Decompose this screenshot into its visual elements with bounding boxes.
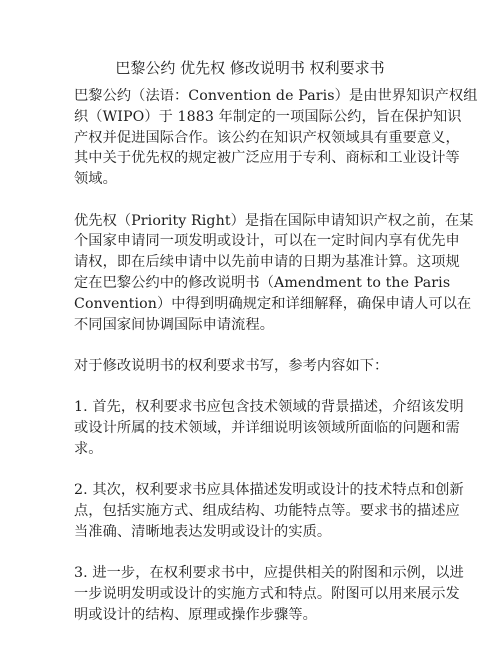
- paragraph-item-3: 3. 进一步，在权利要求书中，应提供相关的附图和示例，以进 一步说明发明或设计的…: [74, 563, 430, 625]
- paragraph-paris-convention: 巴黎公约（法语：Convention de Paris）是由世界知识产权组 织（…: [74, 86, 430, 190]
- text-line: 请权，即在后续申请中以先前申请的日期为基准计算。这项规: [74, 252, 430, 273]
- text-line: 求。: [74, 439, 430, 460]
- text-line: 定在巴黎公约中的修改说明书（Amendment to the Paris: [74, 273, 430, 294]
- text-line: 一步说明发明或设计的实施方式和特点。附图可以用来展示发: [74, 584, 430, 605]
- text-line: 3. 进一步，在权利要求书中，应提供相关的附图和示例，以进: [74, 563, 430, 584]
- text-line: 或设计所属的技术领域，并详细说明该领域所面临的问题和需: [74, 418, 430, 439]
- text-line: 明或设计的结构、原理或操作步骤等。: [74, 605, 430, 626]
- text-line: Convention）中得到明确规定和详细解释，确保申请人可以在: [74, 294, 430, 315]
- document-body: 巴黎公约（法语：Convention de Paris）是由世界知识产权组 织（…: [74, 86, 430, 646]
- text-line: 织（WIPO）于 1883 年制定的一项国际公约，旨在保护知识: [74, 107, 430, 128]
- paragraph-item-2: 2. 其次，权利要求书应具体描述发明或设计的技术特点和创新 点，包括实施方式、组…: [74, 480, 430, 542]
- text-line: 巴黎公约（法语：Convention de Paris）是由世界知识产权组: [74, 86, 430, 107]
- text-line: 不同国家间协调国际申请流程。: [74, 315, 430, 336]
- paragraph-item-1: 1. 首先，权利要求书应包含技术领域的背景描述，介绍该发明 或设计所属的技术领域…: [74, 397, 430, 459]
- text-line: 优先权（Priority Right）是指在国际申请知识产权之前，在某: [74, 211, 430, 232]
- text-line: 1. 首先，权利要求书应包含技术领域的背景描述，介绍该发明: [74, 397, 430, 418]
- document-title: 巴黎公约 优先权 修改说明书 权利要求书: [0, 58, 500, 78]
- text-line: 当准确、清晰地表达发明或设计的实质。: [74, 522, 430, 543]
- paragraph-intro: 对于修改说明书的权利要求书写，参考内容如下：: [74, 356, 430, 377]
- text-line: 点，包括实施方式、组成结构、功能特点等。要求书的描述应: [74, 501, 430, 522]
- text-line: 对于修改说明书的权利要求书写，参考内容如下：: [74, 356, 430, 377]
- text-line: 其中关于优先权的规定被广泛应用于专利、商标和工业设计等: [74, 148, 430, 169]
- paragraph-priority-right: 优先权（Priority Right）是指在国际申请知识产权之前，在某 个国家申…: [74, 211, 430, 336]
- document-page: 巴黎公约 优先权 修改说明书 权利要求书 巴黎公约（法语：Convention …: [0, 0, 500, 647]
- text-line: 产权并促进国际合作。该公约在知识产权领域具有重要意义，: [74, 128, 430, 149]
- text-line: 个国家申请同一项发明或设计，可以在一定时间内享有优先申: [74, 231, 430, 252]
- text-line: 2. 其次，权利要求书应具体描述发明或设计的技术特点和创新: [74, 480, 430, 501]
- text-line: 领域。: [74, 169, 430, 190]
